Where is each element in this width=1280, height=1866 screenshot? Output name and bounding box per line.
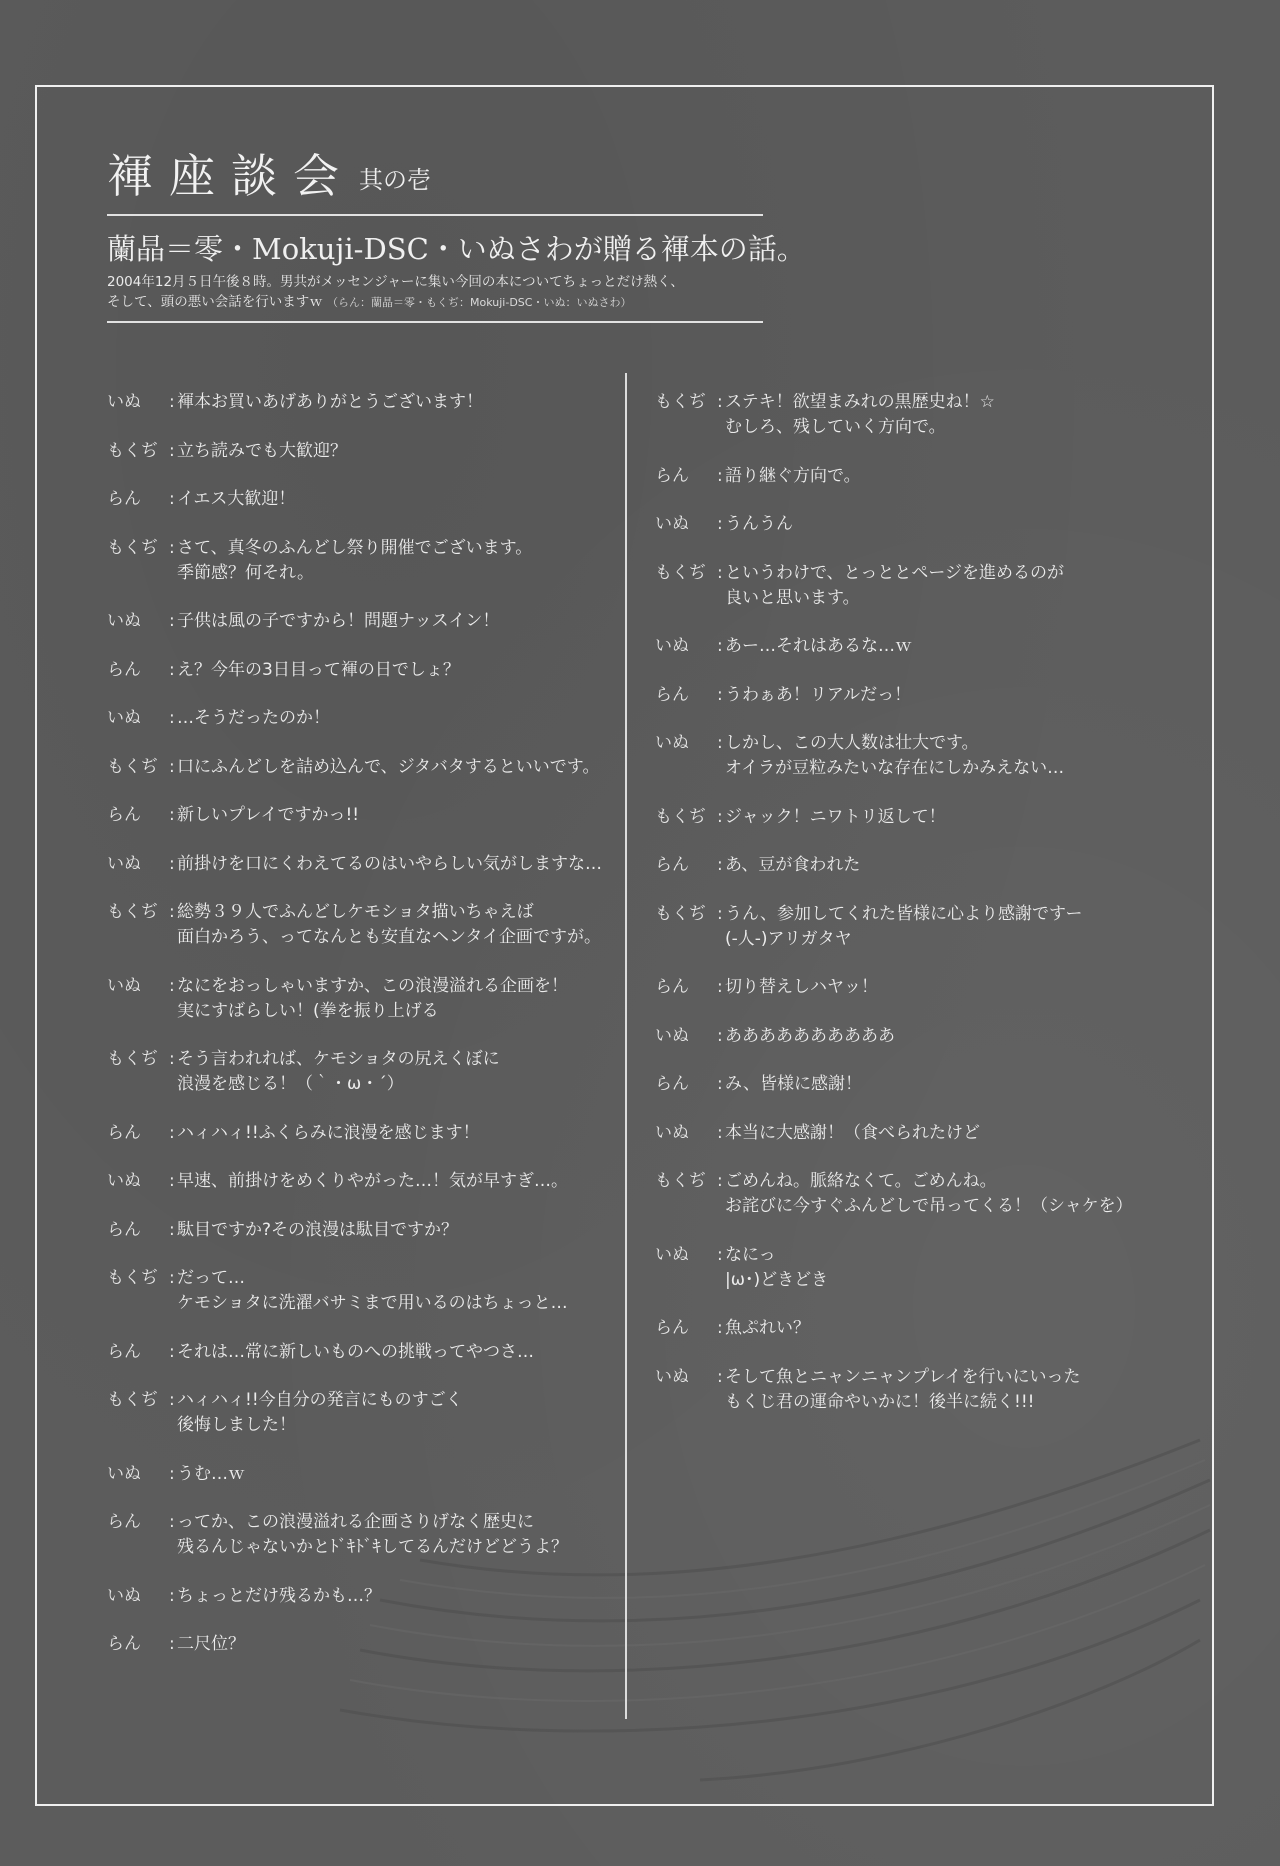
speaker-colon: : [169, 1169, 177, 1194]
dialogue-text-line: ちょっとだけ残るかも…？ [177, 1584, 381, 1609]
dialogue-text-line: 残るんじゃないかとﾄﾞｷﾄﾞｷしてるんだけどどうよ？ [177, 1535, 568, 1560]
dialogue-text: しかし、この大人数は壮大です。オイラが豆粒みたいな存在にしかみえない… [725, 731, 1064, 781]
speaker-colon: : [717, 1072, 725, 1097]
dialogue-line: らん:ハィハィ!!ふくらみに浪漫を感じます！ [107, 1121, 627, 1146]
dialogue-text-line: 魚ぷれい？ [725, 1316, 810, 1341]
dialogue-line: もくぢ:ハィハィ!!今自分の発言にものすごく後悔しました！ [107, 1388, 627, 1438]
speaker-name: らん [107, 1510, 169, 1560]
dialogue-line: いぬ:うんうん [655, 512, 1175, 537]
dialogue-line: いぬ:なにっ|ω･)どきどき [655, 1243, 1175, 1293]
speaker-name: らん [107, 1218, 169, 1243]
speaker-colon: : [169, 1584, 177, 1609]
speaker-name: らん [107, 487, 169, 512]
speaker-colon: : [717, 683, 725, 708]
dialogue-text-line: 前掛けを口にくわえてるのはいやらしい気がしますな… [177, 852, 602, 877]
page-subtitle: 蘭晶＝零・Mokuji-DSC・いぬさわが贈る褌本の話。 [107, 228, 806, 270]
speaker-name: もくぢ [655, 805, 717, 830]
dialogue-text: ああああああああああ [725, 1024, 895, 1049]
speaker-colon: : [169, 1388, 177, 1438]
speaker-name: いぬ [655, 1024, 717, 1049]
dialogue-text: え？今年の3日目って褌の日でしょ？ [177, 658, 460, 683]
dialogue-text-line: え？今年の3日目って褌の日でしょ？ [177, 658, 460, 683]
dialogue-text-line: ハィハィ!!今自分の発言にものすごく [177, 1388, 463, 1413]
dialogue-line: いぬ:ああああああああああ [655, 1024, 1175, 1049]
dialogue-text-line: 二尺位？ [177, 1632, 245, 1657]
dialogue-line: いぬ:あー…それはあるな…ｗ [655, 634, 1175, 659]
dialogue-text: 本当に大感謝！（食べられたけど [725, 1121, 980, 1146]
dialogue-line: らん:魚ぷれい？ [655, 1316, 1175, 1341]
dialogue-text-line: 立ち読みでも大歓迎？ [177, 439, 347, 464]
dialogue-text-line: 季節感？何それ。 [177, 561, 532, 586]
dialogue-text: 子供は風の子ですから！問題ナッスイン！ [177, 609, 499, 634]
dialogue-text-line: 駄目ですか?その浪漫は駄目ですか？ [177, 1218, 458, 1243]
dialogue-text-line: 面白かろう、ってなんとも安直なヘンタイ企画ですが。 [177, 925, 601, 950]
dialogue-text-line: イエス大歓迎！ [177, 487, 295, 512]
speaker-colon: : [717, 1365, 725, 1415]
dialogue-text-line: もくじ君の運命やいかに！後半に続く!!! [725, 1390, 1080, 1415]
intro-line-2: そして、頭の悪い会話を行いますｗ （らん：蘭晶＝零・もくぢ：Mokuji-DSC… [107, 292, 684, 313]
dialogue-text: 総勢３９人でふんどしケモショタ描いちゃえば面白かろう、ってなんとも安直なヘンタイ… [177, 900, 601, 950]
dialogue-text-line: 切り替えしハヤッ！ [725, 975, 878, 1000]
speaker-name: いぬ [655, 1365, 717, 1415]
speaker-name: いぬ [655, 1243, 717, 1293]
speaker-name: もくぢ [107, 536, 169, 586]
dialogue-text: 魚ぷれい？ [725, 1316, 810, 1341]
dialogue-line: らん:二尺位？ [107, 1632, 627, 1657]
speaker-colon: : [717, 1316, 725, 1341]
speaker-name: もくぢ [655, 390, 717, 440]
speaker-name: らん [107, 658, 169, 683]
speaker-name: らん [655, 853, 717, 878]
dialogue-text-line: ハィハィ!!ふくらみに浪漫を感じます！ [177, 1121, 480, 1146]
dialogue-text: ごめんね。脈絡なくて。ごめんね。お詫びに今すぐふんどしで吊ってくる！（シャケを） [725, 1169, 1133, 1219]
dialogue-text-line: 実にすばらしい！(拳を振り上げる [177, 999, 568, 1024]
dialogue-text: なにっ|ω･)どきどき [725, 1243, 828, 1293]
speaker-name: いぬ [107, 852, 169, 877]
dialogue-text-line: あー…それはあるな…ｗ [725, 634, 912, 659]
dialogue-text: さて、真冬のふんどし祭り開催でございます。季節感？何それ。 [177, 536, 532, 586]
dialogue-text: ってか、この浪漫溢れる企画さりげなく歴史に残るんじゃないかとﾄﾞｷﾄﾞｷしてるん… [177, 1510, 568, 1560]
dialogue-line: もくぢ:うん、参加してくれた皆様に心より感謝ですー(-人-)アリガタヤ [655, 902, 1175, 952]
speaker-colon: : [717, 853, 725, 878]
speaker-colon: : [169, 536, 177, 586]
dialogue-text: ジャック！ニワトリ返して！ [725, 805, 946, 830]
dialogue-text: うむ…ｗ [177, 1462, 245, 1487]
intro-cast-list: （らん：蘭晶＝零・もくぢ：Mokuji-DSC・いぬ：いぬさわ） [327, 296, 631, 309]
speaker-colon: : [169, 1340, 177, 1365]
dialogue-line: いぬ:そして魚とニャンニャンプレイを行いにいったもくじ君の運命やいかに！後半に続… [655, 1365, 1175, 1415]
dialogue-text: なにをおっしゃいますか、この浪漫溢れる企画を！実にすばらしい！(拳を振り上げる [177, 974, 568, 1024]
dialogue-line: いぬ:前掛けを口にくわえてるのはいやらしい気がしますな… [107, 852, 627, 877]
speaker-colon: : [169, 1266, 177, 1316]
speaker-name: もくぢ [107, 439, 169, 464]
dialogue-text-line: 良いと思います。 [725, 586, 1064, 611]
dialogue-text-line: しかし、この大人数は壮大です。 [725, 731, 1064, 756]
dialogue-line: らん:切り替えしハヤッ！ [655, 975, 1175, 1000]
speaker-colon: : [717, 1024, 725, 1049]
dialogue-line: もくぢ:ジャック！ニワトリ返して！ [655, 805, 1175, 830]
speaker-colon: : [717, 512, 725, 537]
dialogue-text: …そうだったのか！ [177, 706, 330, 731]
dialogue-text: ハィハィ!!今自分の発言にものすごく後悔しました！ [177, 1388, 463, 1438]
speaker-colon: : [717, 464, 725, 489]
speaker-name: いぬ [107, 609, 169, 634]
dialogue-line: らん:新しいプレイですかっ!! [107, 803, 627, 828]
dialogue-text: 前掛けを口にくわえてるのはいやらしい気がしますな… [177, 852, 602, 877]
speaker-colon: : [169, 1047, 177, 1097]
speaker-colon: : [717, 1121, 725, 1146]
dialogue-line: もくぢ:そう言われれば、ケモショタの尻えくぼに浪漫を感じる！（｀・ω・´） [107, 1047, 627, 1097]
speaker-name: もくぢ [107, 1266, 169, 1316]
dialogue-text-line: だって… [177, 1266, 568, 1291]
speaker-colon: : [169, 1510, 177, 1560]
speaker-name: らん [107, 803, 169, 828]
speaker-name: いぬ [655, 512, 717, 537]
speaker-colon: : [169, 1462, 177, 1487]
dialogue-text-line: ってか、この浪漫溢れる企画さりげなく歴史に [177, 1510, 568, 1535]
dialogue-line: らん:うわぁあ！リアルだっ！ [655, 683, 1175, 708]
speaker-colon: : [717, 390, 725, 440]
dialogue-column-left: いぬ:褌本お買いあげありがとうございます！もくぢ:立ち読みでも大歓迎？らん:イエ… [107, 390, 627, 1681]
speaker-name: いぬ [655, 634, 717, 659]
dialogue-text: 語り継ぐ方向で。 [725, 464, 861, 489]
dialogue-line: らん:ってか、この浪漫溢れる企画さりげなく歴史に残るんじゃないかとﾄﾞｷﾄﾞｷし… [107, 1510, 627, 1560]
dialogue-text: だって…ケモショタに洗濯バサミまで用いるのはちょっと… [177, 1266, 568, 1316]
title-divider [107, 214, 763, 216]
speaker-name: いぬ [655, 731, 717, 781]
dialogue-text-line: というわけで、とっととページを進めるのが [725, 561, 1064, 586]
dialogue-text: イエス大歓迎！ [177, 487, 295, 512]
dialogue-text: ステキ！欲望まみれの黒歴史ね！☆むしろ、残していく方向で。 [725, 390, 995, 440]
dialogue-text-line: うん、参加してくれた皆様に心より感謝ですー [725, 902, 1083, 927]
dialogue-line: もくぢ:ステキ！欲望まみれの黒歴史ね！☆むしろ、残していく方向で。 [655, 390, 1175, 440]
dialogue-text: 新しいプレイですかっ!! [177, 803, 359, 828]
dialogue-line: いぬ:褌本お買いあげありがとうございます！ [107, 390, 627, 415]
speaker-name: いぬ [655, 1121, 717, 1146]
speaker-colon: : [169, 900, 177, 950]
dialogue-text: 口にふんどしを詰め込んで、ジタバタするといいです。 [177, 755, 599, 780]
dialogue-text-line: 早速、前掛けをめくりやがった…！気が早すぎ…。 [177, 1169, 568, 1194]
speaker-name: らん [655, 1316, 717, 1341]
dialogue-text-line: うわぁあ！リアルだっ！ [725, 683, 911, 708]
dialogue-text-line: 子供は風の子ですから！問題ナッスイン！ [177, 609, 499, 634]
speaker-name: いぬ [107, 974, 169, 1024]
speaker-name: もくぢ [107, 1388, 169, 1438]
intro-divider [107, 321, 763, 323]
dialogue-text-line: ジャック！ニワトリ返して！ [725, 805, 946, 830]
dialogue-line: らん:駄目ですか?その浪漫は駄目ですか？ [107, 1218, 627, 1243]
dialogue-text-line: なにをおっしゃいますか、この浪漫溢れる企画を！ [177, 974, 568, 999]
speaker-colon: : [717, 634, 725, 659]
dialogue-text-line: あ、豆が食われた [725, 853, 860, 878]
speaker-colon: : [169, 974, 177, 1024]
dialogue-text: うわぁあ！リアルだっ！ [725, 683, 911, 708]
intro-line-1: 2004年12月５日午後８時。男共がメッセンジャーに集い今回の本についてちょっと… [107, 272, 684, 292]
dialogue-text-line: |ω･)どきどき [725, 1268, 828, 1293]
dialogue-text-line: それは…常に新しいものへの挑戦ってやつさ… [177, 1340, 534, 1365]
speaker-colon: : [717, 731, 725, 781]
dialogue-text-line: うんうん [725, 512, 793, 537]
speaker-colon: : [717, 902, 725, 952]
dialogue-text: ちょっとだけ残るかも…？ [177, 1584, 381, 1609]
dialogue-text-line: 浪漫を感じる！（｀・ω・´） [177, 1072, 500, 1097]
speaker-colon: : [169, 487, 177, 512]
dialogue-text-line: 総勢３９人でふんどしケモショタ描いちゃえば [177, 900, 601, 925]
speaker-colon: : [169, 755, 177, 780]
dialogue-text-line: 新しいプレイですかっ!! [177, 803, 359, 828]
speaker-name: らん [655, 683, 717, 708]
dialogue-text: 早速、前掛けをめくりやがった…！気が早すぎ…。 [177, 1169, 568, 1194]
speaker-name: もくぢ [655, 902, 717, 952]
dialogue-line: いぬ:なにをおっしゃいますか、この浪漫溢れる企画を！実にすばらしい！(拳を振り上… [107, 974, 627, 1024]
speaker-name: もくぢ [107, 755, 169, 780]
dialogue-text: そして魚とニャンニャンプレイを行いにいったもくじ君の運命やいかに！後半に続く!!… [725, 1365, 1080, 1415]
speaker-name: らん [655, 975, 717, 1000]
dialogue-text-line: ごめんね。脈絡なくて。ごめんね。 [725, 1169, 1133, 1194]
dialogue-text: うんうん [725, 512, 793, 537]
dialogue-text: 立ち読みでも大歓迎？ [177, 439, 347, 464]
dialogue-text-line: み、皆様に感謝！ [725, 1072, 862, 1097]
dialogue-line: いぬ:ちょっとだけ残るかも…？ [107, 1584, 627, 1609]
dialogue-text-line: そう言われれば、ケモショタの尻えくぼに [177, 1047, 500, 1072]
speaker-name: もくぢ [107, 1047, 169, 1097]
dialogue-text-line: そして魚とニャンニャンプレイを行いにいった [725, 1365, 1080, 1390]
speaker-name: らん [107, 1632, 169, 1657]
dialogue-text: 駄目ですか?その浪漫は駄目ですか？ [177, 1218, 458, 1243]
speaker-name: いぬ [107, 1169, 169, 1194]
intro-line-2-text: そして、頭の悪い会話を行いますｗ [107, 294, 323, 310]
speaker-colon: : [717, 805, 725, 830]
page-title: 褌座談会 [107, 148, 355, 204]
intro-text: 2004年12月５日午後８時。男共がメッセンジャーに集い今回の本についてちょっと… [107, 272, 684, 313]
dialogue-text-line: ああああああああああ [725, 1024, 895, 1049]
speaker-name: もくぢ [655, 561, 717, 611]
dialogue-line: もくぢ:ごめんね。脈絡なくて。ごめんね。お詫びに今すぐふんどしで吊ってくる！（シ… [655, 1169, 1175, 1219]
dialogue-line: もくぢ:だって…ケモショタに洗濯バサミまで用いるのはちょっと… [107, 1266, 627, 1316]
dialogue-line: いぬ:しかし、この大人数は壮大です。オイラが豆粒みたいな存在にしかみえない… [655, 731, 1175, 781]
dialogue-text-line: 語り継ぐ方向で。 [725, 464, 861, 489]
speaker-name: らん [107, 1340, 169, 1365]
dialogue-text-line: 本当に大感謝！（食べられたけど [725, 1121, 980, 1146]
speaker-colon: : [169, 1218, 177, 1243]
dialogue-text-line: 褌本お買いあげありがとうございます！ [177, 390, 483, 415]
speaker-colon: : [169, 1121, 177, 1146]
dialogue-line: もくぢ:というわけで、とっととページを進めるのが良いと思います。 [655, 561, 1175, 611]
dialogue-text: 二尺位？ [177, 1632, 245, 1657]
dialogue-text: 切り替えしハヤッ！ [725, 975, 878, 1000]
speaker-colon: : [717, 1243, 725, 1293]
dialogue-line: いぬ:うむ…ｗ [107, 1462, 627, 1487]
dialogue-text-line: ケモショタに洗濯バサミまで用いるのはちょっと… [177, 1291, 568, 1316]
dialogue-text-line: ステキ！欲望まみれの黒歴史ね！☆ [725, 390, 995, 415]
dialogue-line: いぬ:早速、前掛けをめくりやがった…！気が早すぎ…。 [107, 1169, 627, 1194]
dialogue-text-line: さて、真冬のふんどし祭り開催でございます。 [177, 536, 532, 561]
dialogue-column-right: もくぢ:ステキ！欲望まみれの黒歴史ね！☆むしろ、残していく方向で。らん:語り継ぐ… [655, 390, 1175, 1438]
dialogue-line: もくぢ:立ち読みでも大歓迎？ [107, 439, 627, 464]
dialogue-text: というわけで、とっととページを進めるのが良いと思います。 [725, 561, 1064, 611]
dialogue-text-line: 口にふんどしを詰め込んで、ジタバタするといいです。 [177, 755, 599, 780]
dialogue-line: もくぢ:口にふんどしを詰め込んで、ジタバタするといいです。 [107, 755, 627, 780]
dialogue-text: ハィハィ!!ふくらみに浪漫を感じます！ [177, 1121, 480, 1146]
dialogue-line: らん:それは…常に新しいものへの挑戦ってやつさ… [107, 1340, 627, 1365]
speaker-colon: : [717, 975, 725, 1000]
speaker-colon: : [169, 609, 177, 634]
dialogue-text-line: むしろ、残していく方向で。 [725, 415, 995, 440]
speaker-name: いぬ [107, 706, 169, 731]
title-block: 褌座談会 其の壱 [107, 148, 431, 204]
dialogue-text-line: お詫びに今すぐふんどしで吊ってくる！（シャケを） [725, 1194, 1133, 1219]
dialogue-text: うん、参加してくれた皆様に心より感謝ですー(-人-)アリガタヤ [725, 902, 1083, 952]
speaker-colon: : [717, 1169, 725, 1219]
dialogue-text-line: …そうだったのか！ [177, 706, 330, 731]
dialogue-line: いぬ:子供は風の子ですから！問題ナッスイン！ [107, 609, 627, 634]
dialogue-text-line: なにっ [725, 1243, 828, 1268]
speaker-colon: : [169, 439, 177, 464]
dialogue-line: らん:え？今年の3日目って褌の日でしょ？ [107, 658, 627, 683]
speaker-name: らん [655, 1072, 717, 1097]
dialogue-line: いぬ:…そうだったのか！ [107, 706, 627, 731]
speaker-name: いぬ [107, 390, 169, 415]
dialogue-text-line: オイラが豆粒みたいな存在にしかみえない… [725, 756, 1064, 781]
speaker-name: らん [655, 464, 717, 489]
dialogue-text-line: 後悔しました！ [177, 1413, 463, 1438]
speaker-name: らん [107, 1121, 169, 1146]
dialogue-text: み、皆様に感謝！ [725, 1072, 862, 1097]
dialogue-text: 褌本お買いあげありがとうございます！ [177, 390, 483, 415]
speaker-colon: : [169, 658, 177, 683]
dialogue-text: そう言われれば、ケモショタの尻えくぼに浪漫を感じる！（｀・ω・´） [177, 1047, 500, 1097]
speaker-name: いぬ [107, 1462, 169, 1487]
speaker-colon: : [717, 561, 725, 611]
speaker-name: いぬ [107, 1584, 169, 1609]
speaker-colon: : [169, 852, 177, 877]
dialogue-line: いぬ:本当に大感謝！（食べられたけど [655, 1121, 1175, 1146]
dialogue-line: らん:あ、豆が食われた [655, 853, 1175, 878]
page-title-suffix: 其の壱 [359, 160, 431, 204]
speaker-colon: : [169, 390, 177, 415]
dialogue-line: らん:み、皆様に感謝！ [655, 1072, 1175, 1097]
dialogue-text-line: うむ…ｗ [177, 1462, 245, 1487]
dialogue-line: らん:語り継ぐ方向で。 [655, 464, 1175, 489]
speaker-colon: : [169, 1632, 177, 1657]
dialogue-line: らん:イエス大歓迎！ [107, 487, 627, 512]
speaker-colon: : [169, 803, 177, 828]
speaker-name: もくぢ [655, 1169, 717, 1219]
dialogue-line: もくぢ:総勢３９人でふんどしケモショタ描いちゃえば面白かろう、ってなんとも安直な… [107, 900, 627, 950]
speaker-colon: : [169, 706, 177, 731]
dialogue-text: あ、豆が食われた [725, 853, 860, 878]
dialogue-text: あー…それはあるな…ｗ [725, 634, 912, 659]
dialogue-line: もくぢ:さて、真冬のふんどし祭り開催でございます。季節感？何それ。 [107, 536, 627, 586]
dialogue-text: それは…常に新しいものへの挑戦ってやつさ… [177, 1340, 534, 1365]
speaker-name: もくぢ [107, 900, 169, 950]
dialogue-text-line: (-人-)アリガタヤ [725, 927, 1083, 952]
